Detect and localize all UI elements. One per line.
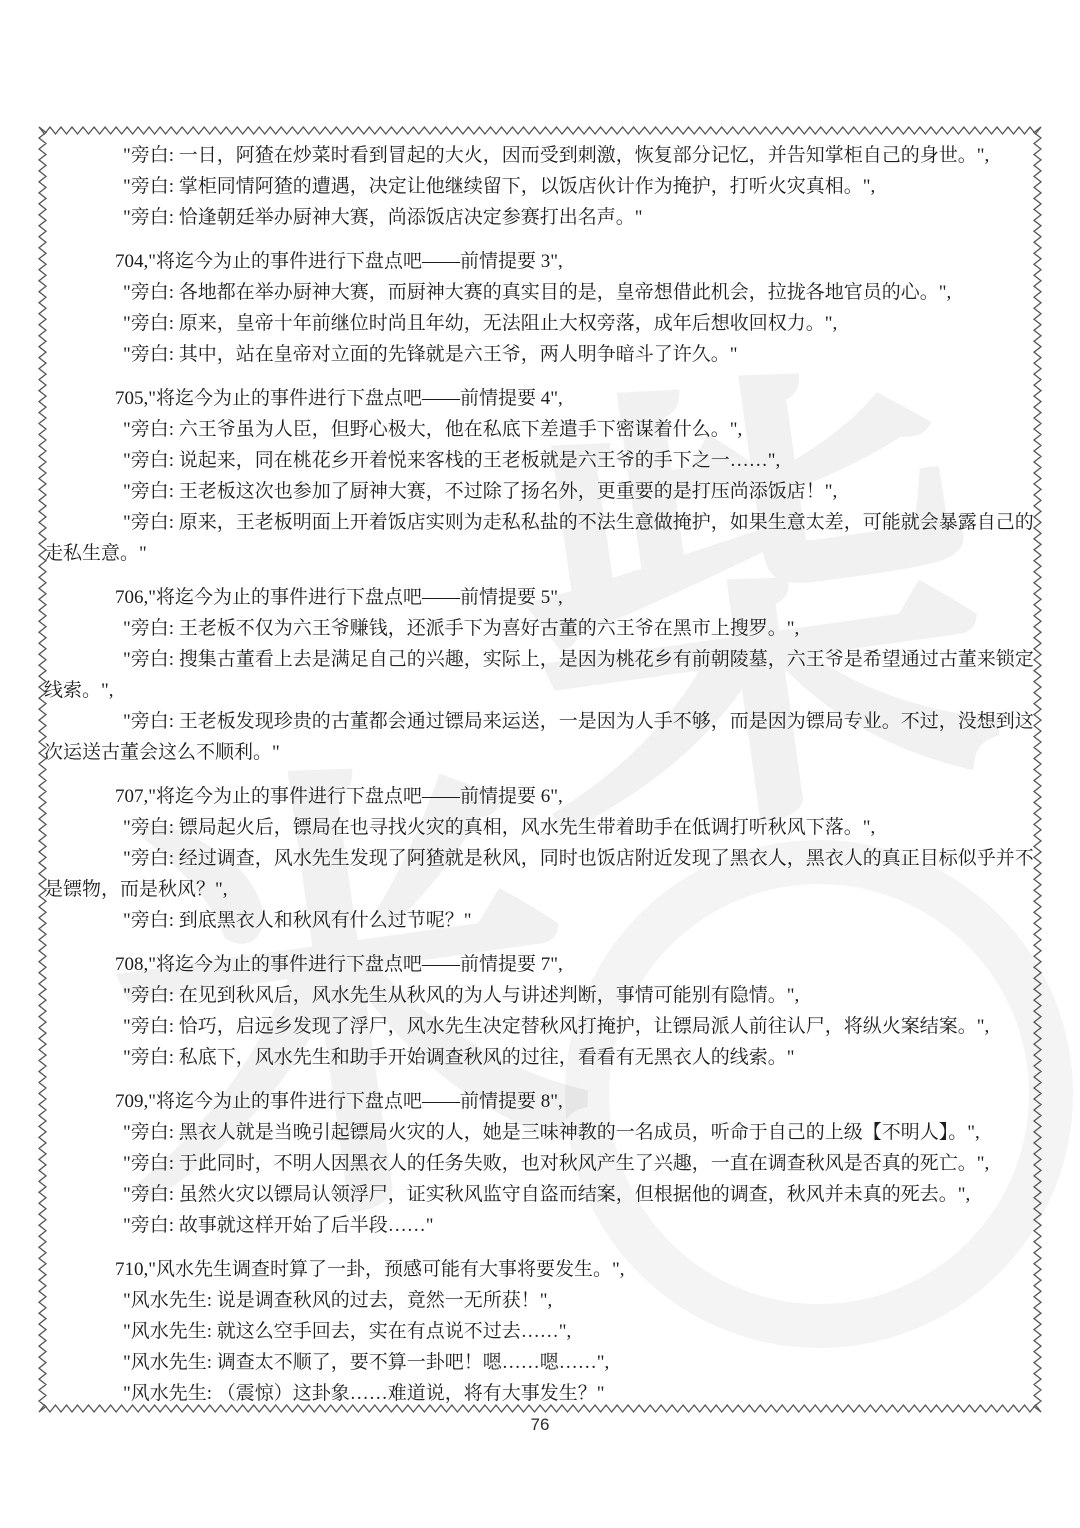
script-entry: 707,"将迄今为止的事件进行下盘点吧——前情提要 6","旁白: 镖局起火后，… <box>44 781 1034 936</box>
entry-header-line: 706,"将迄今为止的事件进行下盘点吧——前情提要 5", <box>44 582 1034 613</box>
script-line: "旁白: 私底下，风水先生和助手开始调查秋风的过往，看看有无黑衣人的线索。" <box>44 1042 1034 1073</box>
script-line: "旁白: 各地都在举办厨神大赛，而厨神大赛的真实目的是，皇帝想借此机会，拉拢各地… <box>44 277 1034 308</box>
entry-header-line: 705,"将迄今为止的事件进行下盘点吧——前情提要 4", <box>44 383 1034 414</box>
script-line: "风水先生: （震惊）这卦象……难道说，将有大事发生？" <box>44 1378 1034 1409</box>
script-line: "旁白: 于此同时，不明人因黑衣人的任务失败，也对秋风产生了兴趣，一直在调查秋风… <box>44 1148 1034 1179</box>
script-entry: 705,"将迄今为止的事件进行下盘点吧——前情提要 4","旁白: 六王爷虽为人… <box>44 383 1034 569</box>
script-entry: 709,"将迄今为止的事件进行下盘点吧——前情提要 8","旁白: 黑衣人就是当… <box>44 1086 1034 1241</box>
script-line: "旁白: 恰逢朝廷举办厨神大赛，尚添饭店决定参赛打出名声。" <box>44 202 1034 233</box>
script-content: "旁白: 一日，阿猹在炒菜时看到冒起的大火，因而受到刺激，恢复部分记忆，并告知掌… <box>44 140 1034 1422</box>
script-line: "旁白: 其中，站在皇帝对立面的先锋就是六王爷，两人明争暗斗了许久。" <box>44 339 1034 370</box>
script-line: "旁白: 搜集古董看上去是满足自己的兴趣，实际上，是因为桃花乡有前朝陵墓，六王爷… <box>44 644 1034 706</box>
entry-header-line: 708,"将迄今为止的事件进行下盘点吧——前情提要 7", <box>44 949 1034 980</box>
script-entry: 704,"将迄今为止的事件进行下盘点吧——前情提要 3","旁白: 各地都在举办… <box>44 246 1034 370</box>
script-line: "旁白: 王老板不仅为六王爷赚钱，还派手下为喜好古董的六王爷在黑市上搜罗。", <box>44 613 1034 644</box>
script-line: "旁白: 王老板这次也参加了厨神大赛，不过除了扬名外，更重要的是打压尚添饭店！"… <box>44 476 1034 507</box>
entry-header-line: 710,"风水先生调查时算了一卦，预感可能有大事将要发生。", <box>44 1254 1034 1285</box>
script-line: "旁白: 原来，王老板明面上开着饭店实则为走私私盐的不法生意做掩护，如果生意太差… <box>44 507 1034 569</box>
entry-header-line: 704,"将迄今为止的事件进行下盘点吧——前情提要 3", <box>44 246 1034 277</box>
script-line: "旁白: 经过调查，风水先生发现了阿猹就是秋风，同时也饭店附近发现了黑衣人，黑衣… <box>44 843 1034 905</box>
script-line: "风水先生: 说是调查秋风的过去，竟然一无所获！", <box>44 1285 1034 1316</box>
script-line: "旁白: 故事就这样开始了后半段……" <box>44 1210 1034 1241</box>
script-line: "旁白: 六王爷虽为人臣，但野心极大，他在私底下差遣手下密谋着什么。", <box>44 414 1034 445</box>
entry-header-line: 707,"将迄今为止的事件进行下盘点吧——前情提要 6", <box>44 781 1034 812</box>
script-line: "旁白: 在见到秋风后，风水先生从秋风的为人与讲述判断，事情可能别有隐情。", <box>44 980 1034 1011</box>
script-line: "旁白: 虽然火灾以镖局认领浮尸，证实秋风监守自盗而结案，但根据他的调查，秋风并… <box>44 1179 1034 1210</box>
script-entry: 710,"风水先生调查时算了一卦，预感可能有大事将要发生。","风水先生: 说是… <box>44 1254 1034 1409</box>
script-line: "旁白: 说起来，同在桃花乡开着悦来客栈的王老板就是六王爷的手下之一……", <box>44 445 1034 476</box>
script-entry: 708,"将迄今为止的事件进行下盘点吧——前情提要 7","旁白: 在见到秋风后… <box>44 949 1034 1073</box>
script-line: "旁白: 镖局起火后，镖局在也寻找火灾的真相，风水先生带着助手在低调打听秋风下落… <box>44 812 1034 843</box>
script-line: "旁白: 一日，阿猹在炒菜时看到冒起的大火，因而受到刺激，恢复部分记忆，并告知掌… <box>44 140 1034 171</box>
script-line: "风水先生: 就这么空手回去，实在有点说不过去……", <box>44 1316 1034 1347</box>
entry-header-line: 709,"将迄今为止的事件进行下盘点吧——前情提要 8", <box>44 1086 1034 1117</box>
script-line: "旁白: 恰巧，启远乡发现了浮尸，风水先生决定替秋风打掩护，让镖局派人前往认尸，… <box>44 1011 1034 1042</box>
script-line: "旁白: 到底黑衣人和秋风有什么过节呢？" <box>44 905 1034 936</box>
script-entry: "旁白: 一日，阿猹在炒菜时看到冒起的大火，因而受到刺激，恢复部分记忆，并告知掌… <box>44 140 1034 233</box>
script-line: "旁白: 黑衣人就是当晚引起镖局火灾的人，她是三味神教的一名成员，听命于自己的上… <box>44 1117 1034 1148</box>
script-entry: 706,"将迄今为止的事件进行下盘点吧——前情提要 5","旁白: 王老板不仅为… <box>44 582 1034 768</box>
script-line: "旁白: 王老板发现珍贵的古董都会通过镖局来运送，一是因为人手不够，而是因为镖局… <box>44 706 1034 768</box>
script-line: "旁白: 原来，皇帝十年前继位时尚且年幼，无法阻止大权旁落，成年后想收回权力。"… <box>44 308 1034 339</box>
script-line: "旁白: 掌柜同情阿猹的遭遇，决定让他继续留下，以饭店伙计作为掩护，打听火灾真相… <box>44 171 1034 202</box>
script-line: "风水先生: 调查太不顺了，要不算一卦吧！嗯……嗯……", <box>44 1347 1034 1378</box>
page-number: 76 <box>0 1415 1080 1435</box>
